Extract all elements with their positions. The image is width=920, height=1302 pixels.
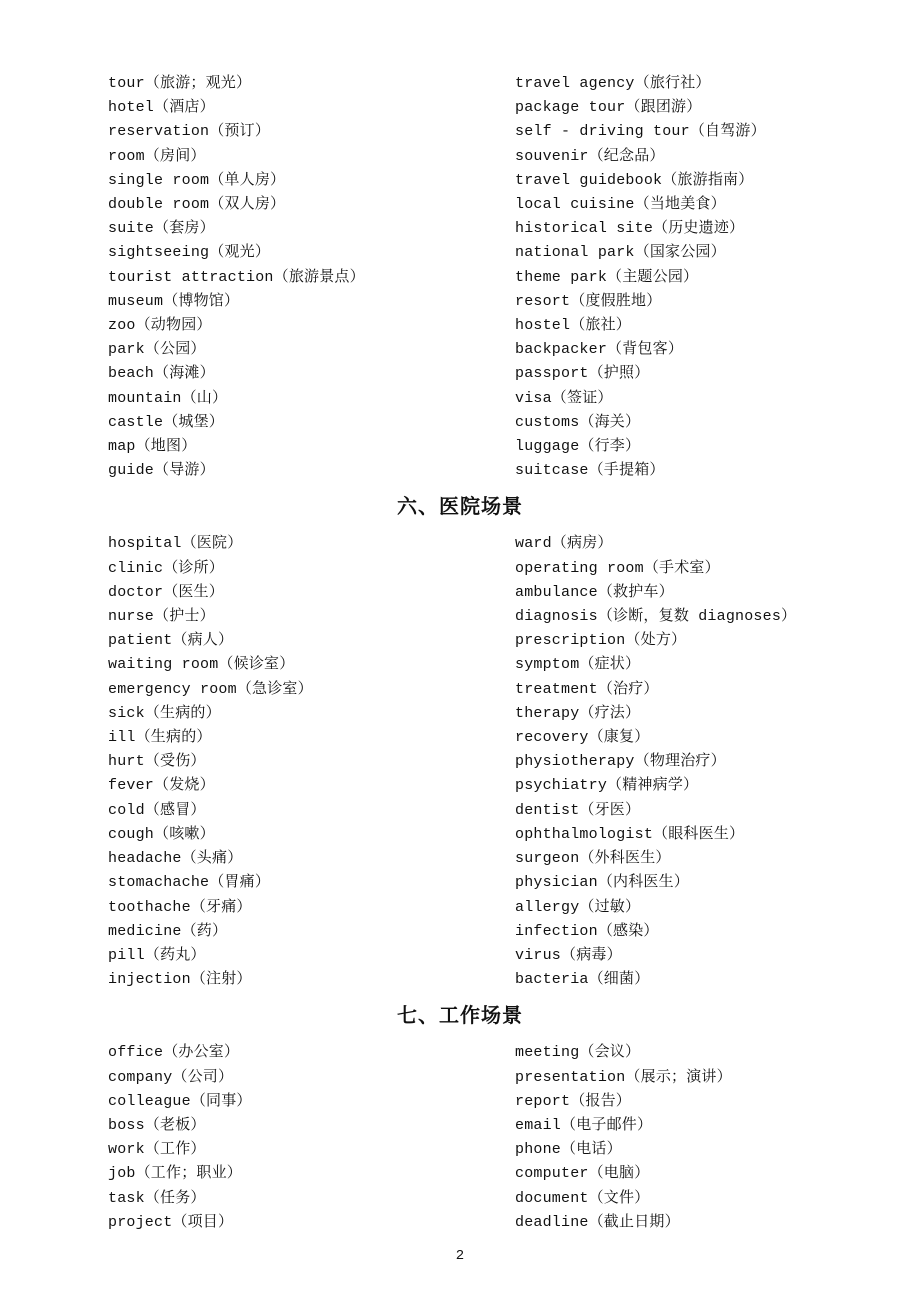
vocab-item: museum（博物馆） bbox=[108, 290, 515, 314]
vocab-item: passport（护照） bbox=[515, 362, 904, 386]
vocab-item: office（办公室） bbox=[108, 1041, 515, 1065]
vocab-item: infection（感染） bbox=[515, 920, 904, 944]
vocab-item: headache（头痛） bbox=[108, 847, 515, 871]
vocab-item: travel agency（旅行社） bbox=[515, 72, 904, 96]
section-work-vocab: 七、工作场景 office（办公室）company（公司）colleague（同… bbox=[0, 1002, 920, 1235]
vocab-item: beach（海滩） bbox=[108, 362, 515, 386]
work-columns: office（办公室）company（公司）colleague（同事）boss（… bbox=[0, 1041, 920, 1235]
vocab-item: room（房间） bbox=[108, 145, 515, 169]
section-title-work: 七、工作场景 bbox=[0, 1002, 920, 1034]
vocab-item: toothache（牙痛） bbox=[108, 896, 515, 920]
vocab-item: guide（导游） bbox=[108, 459, 515, 483]
vocab-item: zoo（动物园） bbox=[108, 314, 515, 338]
vocab-item: psychiatry（精神病学） bbox=[515, 774, 904, 798]
vocab-item: physiotherapy（物理治疗） bbox=[515, 750, 904, 774]
vocab-item: project（项目） bbox=[108, 1211, 515, 1235]
vocab-item: stomachache（胃痛） bbox=[108, 871, 515, 895]
vocab-item: single room（单人房） bbox=[108, 169, 515, 193]
vocab-item: tourist attraction（旅游景点） bbox=[108, 266, 515, 290]
vocab-item: work（工作） bbox=[108, 1138, 515, 1162]
hospital-columns: hospital（医院）clinic（诊所）doctor（医生）nurse（护士… bbox=[0, 532, 920, 992]
vocab-item: injection（注射） bbox=[108, 968, 515, 992]
vocab-item: double room（双人房） bbox=[108, 193, 515, 217]
vocab-item: mountain（山） bbox=[108, 387, 515, 411]
vocab-item: ward（病房） bbox=[515, 532, 904, 556]
section-travel-vocab: tour（旅游；观光）hotel（酒店）reservation（预订）room（… bbox=[0, 72, 920, 483]
vocab-item: hotel（酒店） bbox=[108, 96, 515, 120]
vocab-item: operating room（手术室） bbox=[515, 557, 904, 581]
vocab-item: visa（签证） bbox=[515, 387, 904, 411]
vocab-item: virus（病毒） bbox=[515, 944, 904, 968]
travel-vocab-column-right: travel agency（旅行社）package tour（跟团游）self … bbox=[515, 72, 904, 483]
vocab-item: computer（电脑） bbox=[515, 1162, 904, 1186]
hospital-vocab-column-right: ward（病房）operating room（手术室）ambulance（救护车… bbox=[515, 532, 904, 992]
vocab-item: treatment（治疗） bbox=[515, 678, 904, 702]
document-page: tour（旅游；观光）hotel（酒店）reservation（预订）room（… bbox=[0, 0, 920, 1302]
vocab-item: suite（套房） bbox=[108, 217, 515, 241]
vocab-item: dentist（牙医） bbox=[515, 799, 904, 823]
section-hospital-vocab: 六、医院场景 hospital（医院）clinic（诊所）doctor（医生）n… bbox=[0, 493, 920, 992]
vocab-item: emergency room（急诊室） bbox=[108, 678, 515, 702]
vocab-item: deadline（截止日期） bbox=[515, 1211, 904, 1235]
vocab-item: bacteria（细菌） bbox=[515, 968, 904, 992]
vocab-item: self - driving tour（自驾游） bbox=[515, 120, 904, 144]
vocab-item: tour（旅游；观光） bbox=[108, 72, 515, 96]
vocab-item: allergy（过敏） bbox=[515, 896, 904, 920]
vocab-item: sightseeing（观光） bbox=[108, 241, 515, 265]
vocab-item: ophthalmologist（眼科医生） bbox=[515, 823, 904, 847]
vocab-item: cold（感冒） bbox=[108, 799, 515, 823]
vocab-item: meeting（会议） bbox=[515, 1041, 904, 1065]
vocab-item: national park（国家公园） bbox=[515, 241, 904, 265]
hospital-vocab-column-left: hospital（医院）clinic（诊所）doctor（医生）nurse（护士… bbox=[108, 532, 515, 992]
vocab-item: map（地图） bbox=[108, 435, 515, 459]
vocab-item: prescription（处方） bbox=[515, 629, 904, 653]
vocab-item: park（公园） bbox=[108, 338, 515, 362]
vocab-item: clinic（诊所） bbox=[108, 557, 515, 581]
vocab-item: backpacker（背包客） bbox=[515, 338, 904, 362]
work-vocab-column-left: office（办公室）company（公司）colleague（同事）boss（… bbox=[108, 1041, 515, 1235]
work-vocab-column-right: meeting（会议）presentation（展示；演讲）report（报告）… bbox=[515, 1041, 904, 1235]
vocab-item: pill（药丸） bbox=[108, 944, 515, 968]
vocab-item: company（公司） bbox=[108, 1066, 515, 1090]
section-title-hospital: 六、医院场景 bbox=[0, 493, 920, 525]
vocab-item: suitcase（手提箱） bbox=[515, 459, 904, 483]
vocab-item: theme park（主题公园） bbox=[515, 266, 904, 290]
vocab-item: boss（老板） bbox=[108, 1114, 515, 1138]
vocab-item: historical site（历史遗迹） bbox=[515, 217, 904, 241]
vocab-item: symptom（症状） bbox=[515, 653, 904, 677]
travel-vocab-column-left: tour（旅游；观光）hotel（酒店）reservation（预订）room（… bbox=[108, 72, 515, 483]
vocab-item: ambulance（救护车） bbox=[515, 581, 904, 605]
vocab-item: sick（生病的） bbox=[108, 702, 515, 726]
vocab-item: customs（海关） bbox=[515, 411, 904, 435]
vocab-item: physician（内科医生） bbox=[515, 871, 904, 895]
vocab-item: hurt（受伤） bbox=[108, 750, 515, 774]
vocab-item: nurse（护士） bbox=[108, 605, 515, 629]
vocab-item: surgeon（外科医生） bbox=[515, 847, 904, 871]
vocab-item: phone（电话） bbox=[515, 1138, 904, 1162]
vocab-item: fever（发烧） bbox=[108, 774, 515, 798]
vocab-item: ill（生病的） bbox=[108, 726, 515, 750]
vocab-item: castle（城堡） bbox=[108, 411, 515, 435]
vocab-item: diagnosis（诊断，复数 diagnoses） bbox=[515, 605, 904, 629]
vocab-item: reservation（预订） bbox=[108, 120, 515, 144]
vocab-item: colleague（同事） bbox=[108, 1090, 515, 1114]
vocab-item: patient（病人） bbox=[108, 629, 515, 653]
vocab-item: therapy（疗法） bbox=[515, 702, 904, 726]
vocab-item: resort（度假胜地） bbox=[515, 290, 904, 314]
vocab-item: medicine（药） bbox=[108, 920, 515, 944]
vocab-item: luggage（行李） bbox=[515, 435, 904, 459]
page-number: 2 bbox=[0, 1247, 920, 1265]
vocab-item: hostel（旅社） bbox=[515, 314, 904, 338]
vocab-item: doctor（医生） bbox=[108, 581, 515, 605]
vocab-item: local cuisine（当地美食） bbox=[515, 193, 904, 217]
vocab-item: report（报告） bbox=[515, 1090, 904, 1114]
vocab-item: souvenir（纪念品） bbox=[515, 145, 904, 169]
vocab-item: package tour（跟团游） bbox=[515, 96, 904, 120]
vocab-item: document（文件） bbox=[515, 1187, 904, 1211]
vocab-item: recovery（康复） bbox=[515, 726, 904, 750]
vocab-item: cough（咳嗽） bbox=[108, 823, 515, 847]
vocab-item: task（任务） bbox=[108, 1187, 515, 1211]
vocab-item: waiting room（候诊室） bbox=[108, 653, 515, 677]
vocab-item: presentation（展示；演讲） bbox=[515, 1066, 904, 1090]
vocab-item: travel guidebook（旅游指南） bbox=[515, 169, 904, 193]
vocab-item: hospital（医院） bbox=[108, 532, 515, 556]
vocab-item: job（工作；职业） bbox=[108, 1162, 515, 1186]
vocab-item: email（电子邮件） bbox=[515, 1114, 904, 1138]
travel-columns: tour（旅游；观光）hotel（酒店）reservation（预订）room（… bbox=[0, 72, 920, 483]
